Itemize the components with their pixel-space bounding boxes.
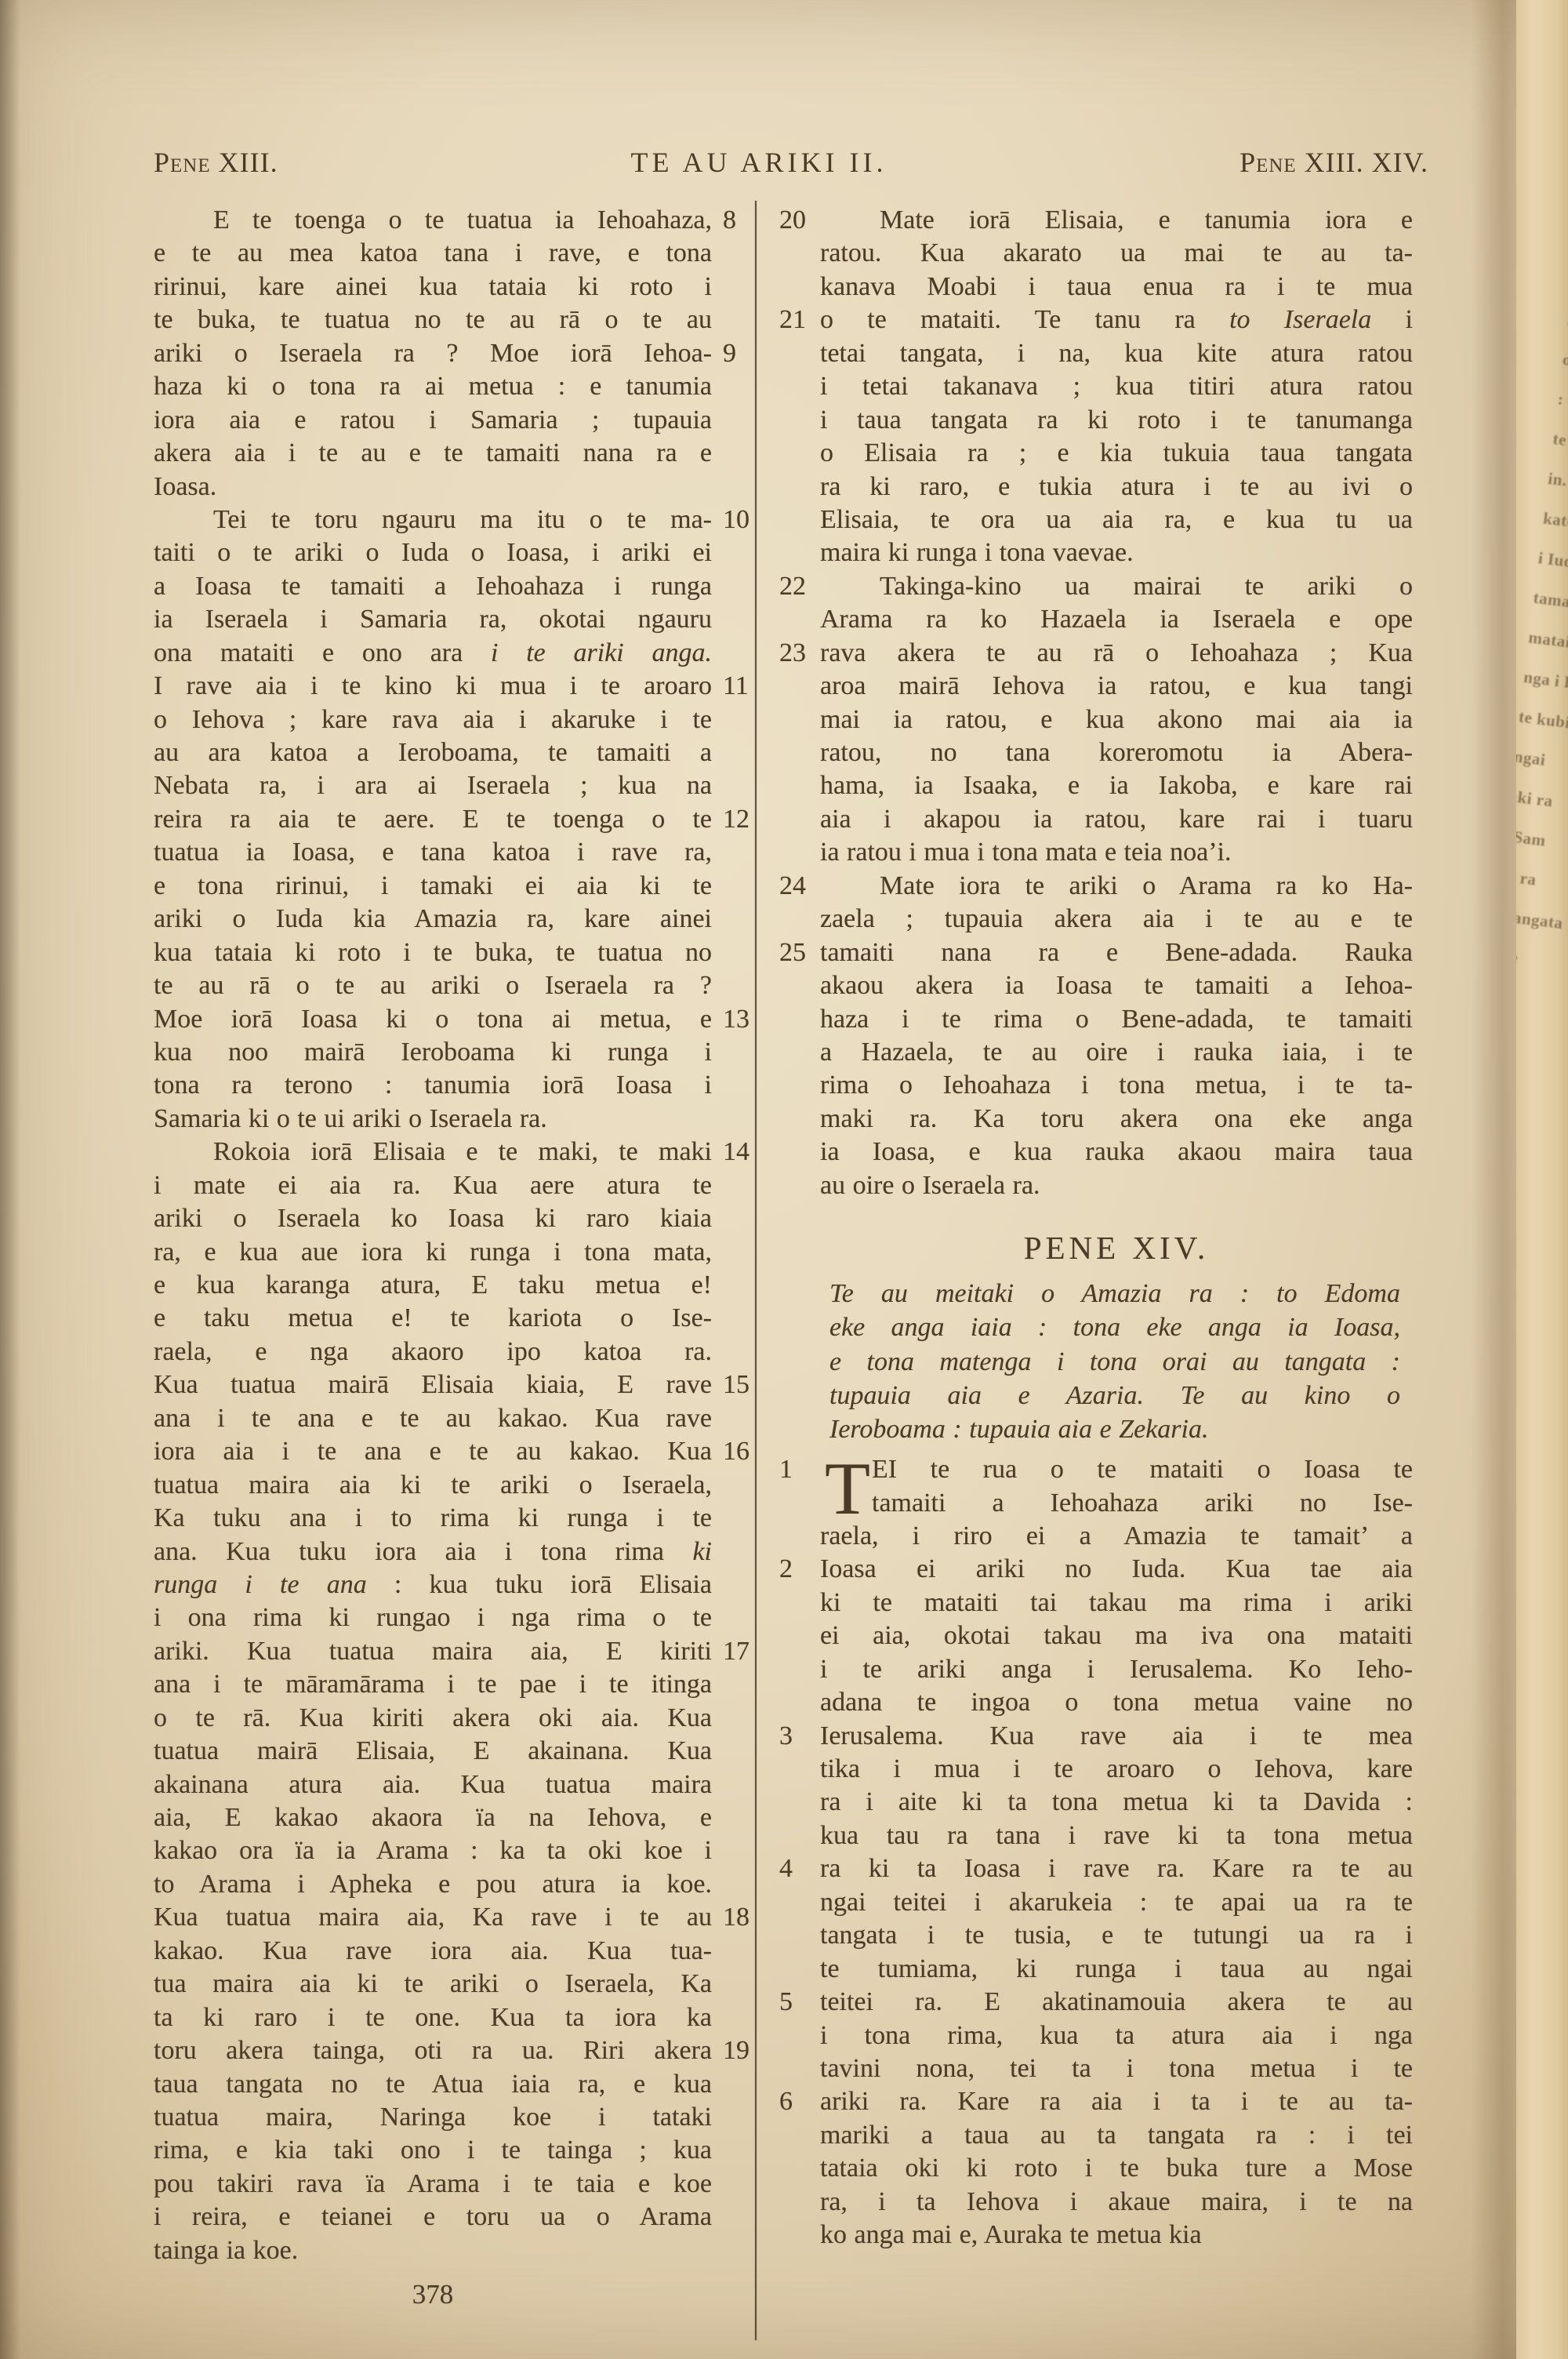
line-text: i tona rima, kua ta atura aia i nga bbox=[820, 2021, 1413, 2050]
text-line: toru akera tainga, oti ra ua. Riri akera… bbox=[154, 2036, 712, 2069]
line-text: haza ki o tona ra ai metua : e tanumia bbox=[154, 372, 712, 401]
line-text: ana. Kua tuku iora aia i tona rima ki bbox=[154, 1537, 712, 1566]
line-text: mai ia ratou, e kua akono mai aia ia bbox=[820, 705, 1413, 734]
summary-line: Ieroboama : tupauia aia e Zekaria. bbox=[829, 1415, 1400, 1448]
line-text: tuatua maira, Naringa koe i tataki bbox=[154, 2103, 712, 2132]
text-line: Ioasa ei ariki no Iuda. Kua tae aia2 bbox=[820, 1554, 1413, 1587]
verse-number: 3 bbox=[779, 1721, 811, 1751]
line-text: tua maira aia ki te ariki o Iseraela, Ka bbox=[154, 1969, 712, 1998]
verse-number: 17 bbox=[723, 1637, 759, 1667]
line-text: EI te rua o te mataiti o Ioasa te bbox=[872, 1455, 1413, 1484]
text-line: rima, e kia taki ono i te tainga ; kua bbox=[154, 2135, 712, 2168]
line-text: o te mataiti. Te tanu ra to Iseraela i bbox=[820, 305, 1413, 334]
text-line: iora aia i te ana e te au kakao. Kua16 bbox=[154, 1437, 712, 1470]
verse-number: 22 bbox=[779, 572, 811, 602]
line-text: mariki a taua au ta tangata ra : i tei bbox=[820, 2121, 1413, 2150]
line-text: tamaiti nana ra e Bene-adada. Rauka bbox=[820, 938, 1413, 967]
book-edge-next-page: i teIoasa.akenaau ariki; e teia i Betoki… bbox=[1516, 0, 1568, 2359]
text-line: Ierusalema. Kua rave aia i te mea3 bbox=[820, 1721, 1413, 1754]
line-text: ta ki raro i te one. Kua ta iora ka bbox=[154, 2003, 712, 2032]
text-line: Takinga-kino ua mairai te ariki o22 bbox=[820, 572, 1413, 605]
line-text: Rokoia iorā Elisaia e te maki, te maki bbox=[183, 1137, 712, 1166]
line-text: Ierusalema. Kua rave aia i te mea bbox=[820, 1721, 1413, 1750]
verse-number: 23 bbox=[779, 638, 811, 668]
text-line: ratou, no tana koreromotu ia Abera- bbox=[820, 738, 1413, 771]
text-line: ia ratou i mua i tona mata e teia noa’i. bbox=[820, 838, 1413, 871]
text-line: tamaiti nana ra e Bene-adada. Rauka25 bbox=[820, 938, 1413, 971]
verse-number: 9 bbox=[723, 339, 759, 369]
line-text: iora aia i te ana e te au kakao. Kua bbox=[154, 1437, 712, 1466]
text-line: te tumiama, ki runga i taua au ngai bbox=[820, 1954, 1413, 1987]
text-line: e tona ririnui, i tamaki ei aia ki te bbox=[154, 871, 712, 904]
verse-number: 5 bbox=[779, 1987, 811, 2017]
line-text: tuatua mairā Elisaia, E akainana. Kua bbox=[154, 1736, 712, 1765]
text-line: ona mataiti e ono ara i te ariki anga. bbox=[154, 638, 712, 671]
line-text: au ara katoa a Ieroboama, te tamaiti a bbox=[154, 738, 712, 767]
text-line: aroa mairā Iehova ia ratou, e kua tangi bbox=[820, 671, 1413, 704]
line-text: a Hazaela, te au oire i rauka iaia, i te bbox=[820, 1038, 1413, 1067]
line-text: ia Ioasa, e kua rauka akaou maira taua bbox=[820, 1137, 1413, 1166]
line-text: e te au mea katoa tana i rave, e tona bbox=[154, 238, 712, 267]
text-line: ariki. Kua tuatua maira aia, E kiriti17 bbox=[154, 1637, 712, 1670]
line-text: akera aia i te au e te tamaiti nana ra e bbox=[154, 438, 712, 467]
text-line: ngai teitei i akarukeia : te apai ua ra … bbox=[820, 1888, 1413, 1921]
text-line: o te rā. Kua kiriti akera oki aia. Kua bbox=[154, 1703, 712, 1736]
text-line: Ka tuku ana i to rima ki runga i te bbox=[154, 1503, 712, 1536]
text-line: tangata i te tusia, e te tutungi ua ra i bbox=[820, 1921, 1413, 1954]
text-line: ana. Kua tuku iora aia i tona rima ki bbox=[154, 1537, 712, 1570]
verse-number: 20 bbox=[779, 205, 811, 235]
line-text: maira ki runga i tona vaevae. bbox=[820, 538, 1134, 567]
line-text: i ona rima ki rungao i nga rima o te bbox=[154, 1603, 712, 1632]
text-line: akainana atura aia. Kua tuatua maira bbox=[154, 1770, 712, 1803]
line-text: kua tataia ki roto i te buka, te tuatua … bbox=[154, 938, 712, 967]
text-line: Mate iora te ariki o Arama ra ko Ha-24 bbox=[820, 871, 1413, 904]
line-text: ra, i ta Iehova i akaue maira, i te na bbox=[820, 2187, 1413, 2216]
line-text: Samaria ki o te ui ariki o Iseraela ra. bbox=[154, 1104, 547, 1133]
text-line: o Iehova ; kare rava aia i akaruke i te bbox=[154, 705, 712, 738]
text-line: e kua karanga atura, E taku metua e! bbox=[154, 1270, 712, 1303]
text-line: Moe iorā Ioasa ki o tona ai metua, e13 bbox=[154, 1005, 712, 1038]
line-text: kua noo mairā Ieroboama ki runga i bbox=[154, 1038, 712, 1067]
verse-number: 6 bbox=[779, 2087, 811, 2117]
line-text: ona mataiti e ono ara i te ariki anga. bbox=[154, 638, 712, 667]
running-header-right: Pene XIII. XIV. bbox=[1121, 146, 1428, 179]
verse-number: 16 bbox=[723, 1437, 759, 1467]
text-line: kanava Moabi i taua enua ra i te mua bbox=[820, 272, 1413, 305]
line-text: ra i aite ki ta tona metua ki ta Davida … bbox=[820, 1787, 1413, 1816]
text-line: Samaria ki o te ui ariki o Iseraela ra. bbox=[154, 1104, 712, 1137]
line-text: Arama ra ko Hazaela ia Iseraela e ope bbox=[820, 605, 1413, 634]
text-line: Mate iorā Elisaia, e tanumia iora e20 bbox=[820, 205, 1413, 238]
text-line: Rokoia iorā Elisaia e te maki, te maki14 bbox=[154, 1137, 712, 1170]
text-line: ki te mataiti tai takau ma rima i ariki bbox=[820, 1588, 1413, 1621]
text-line: ia Iseraela i Samaria ra, okotai ngauru bbox=[154, 605, 712, 638]
text-line: maira ki runga i tona vaevae. bbox=[820, 538, 1413, 571]
line-text: Nebata ra, i ara ai Iseraela ; kua na bbox=[154, 771, 712, 800]
line-text: e kua karanga atura, E taku metua e! bbox=[154, 1270, 712, 1299]
text-line: tuatua ia Ioasa, e tana katoa i rave ra, bbox=[154, 838, 712, 871]
line-text: E te toenga o te tuatua ia Iehoahaza, bbox=[183, 205, 712, 234]
text-line: te buka, te tuatua no te au rā o te au bbox=[154, 305, 712, 338]
text-line: ia Ioasa, e kua rauka akaou maira taua bbox=[820, 1137, 1413, 1170]
line-text: zaela ; tupauia akera aia i te au e te bbox=[820, 904, 1413, 933]
text-line: Kua tuatua mairā Elisaia kiaia, E rave15 bbox=[154, 1370, 712, 1403]
text-line: ariki ra. Kare ra aia i ta i te au ta-6 bbox=[820, 2087, 1413, 2120]
text-line: I rave aia i te kino ki mua i te aroaro1… bbox=[154, 671, 712, 704]
line-text: pou takiri rava ïa Arama i te taia e koe bbox=[154, 2169, 712, 2198]
line-text: rava akera te au rā o Iehoahaza ; Kua bbox=[820, 638, 1413, 667]
verse-number: 2 bbox=[779, 1554, 811, 1584]
verse-number: 13 bbox=[723, 1005, 759, 1034]
text-line: EI te rua o te mataiti o Ioasa te1T bbox=[820, 1455, 1413, 1488]
line-text: akainana atura aia. Kua tuatua maira bbox=[154, 1770, 712, 1799]
text-line: i tona rima, kua ta atura aia i nga bbox=[820, 2021, 1413, 2054]
line-text: runga i te ana : kua tuku iorā Elisaia bbox=[154, 1570, 712, 1599]
text-line: adana te ingoa o tona metua vaine no bbox=[820, 1688, 1413, 1721]
text-line: kakao ora ïa ia Arama : ka ta oki koe i bbox=[154, 1836, 712, 1869]
line-text: tupauia aia e Azaria. Te au kino o bbox=[829, 1381, 1400, 1410]
text-line: raela, i riro ei a Amazia te tamait’ a bbox=[820, 1521, 1413, 1554]
line-text: ariki o Iseraela ra ? Moe iorā Iehoa- bbox=[154, 339, 712, 368]
text-line: tika i mua i te aroaro o Iehova, kare bbox=[820, 1754, 1413, 1787]
text-line: Tei te toru ngauru ma itu o te ma-10 bbox=[154, 505, 712, 538]
line-text: i mate ei aia ra. Kua aere atura te bbox=[154, 1171, 712, 1200]
summary-line: tupauia aia e Azaria. Te au kino o bbox=[829, 1381, 1400, 1415]
text-line: i tetai takanava ; kua titiri atura rato… bbox=[820, 372, 1413, 405]
line-text: Te au meitaki o Amazia ra : to Edoma bbox=[829, 1279, 1400, 1308]
line-text: ariki o Iseraela ko Ioasa ki raro kiaia bbox=[154, 1204, 712, 1233]
text-line: tataia oki ki roto i te buka ture a Mose bbox=[820, 2154, 1413, 2186]
line-text: Takinga-kino ua mairai te ariki o bbox=[850, 572, 1413, 601]
line-text: te tumiama, ki runga i taua au ngai bbox=[820, 1954, 1413, 1983]
line-text: toru akera tainga, oti ra ua. Riri akera bbox=[154, 2036, 712, 2065]
text-line: iora aia e ratou i Samaria ; tupauia bbox=[154, 405, 712, 438]
text-line: aia, E kakao akaora ïa na Iehova, e bbox=[154, 1803, 712, 1836]
line-text: ariki o Iuda kia Amazia ra, kare ainei bbox=[154, 904, 712, 933]
line-text: ratou. Kua akarato ua mai te au ta- bbox=[820, 238, 1413, 267]
text-line: ana i te māramārama i te pae i te itinga bbox=[154, 1670, 712, 1703]
line-text: to Arama i Apheka e pou atura ia koe. bbox=[154, 1870, 712, 1899]
line-text: hama, ia Isaaka, e ia Iakoba, e kare rai bbox=[820, 771, 1413, 800]
text-line: tavini nona, tei ta i tona metua i te bbox=[820, 2054, 1413, 2087]
text-line: teitei ra. E akatinamouia akera te au5 bbox=[820, 1987, 1413, 2020]
text-line: E te toenga o te tuatua ia Iehoahaza,8 bbox=[154, 205, 712, 238]
text-line: Arama ra ko Hazaela ia Iseraela e ope bbox=[820, 605, 1413, 638]
text-line: Ioasa. bbox=[154, 472, 712, 505]
text-line: pou takiri rava ïa Arama i te taia e koe bbox=[154, 2169, 712, 2202]
text-line: tuatua maira aia ki te ariki o Iseraela, bbox=[154, 1470, 712, 1503]
text-line: mai ia ratou, e kua akono mai aia ia bbox=[820, 705, 1413, 738]
line-text: e tona ririnui, i tamaki ei aia ki te bbox=[154, 871, 712, 900]
text-line: zaela ; tupauia akera aia i te au e te bbox=[820, 904, 1413, 937]
text-line: au oire o Iseraela ra. bbox=[820, 1171, 1413, 1204]
line-text: ra ki raro, e tukia atura i te au ivi o bbox=[820, 472, 1413, 501]
text-line: tainga ia koe. bbox=[154, 2236, 712, 2269]
line-text: e taku metua e! te kariota o Ise- bbox=[154, 1303, 712, 1332]
line-text: tona ra terono : tanumia iorā Ioasa i bbox=[154, 1070, 712, 1100]
text-line: reira ra aia te aere. E te toenga o te12 bbox=[154, 805, 712, 838]
text-line: hama, ia Isaaka, e ia Iakoba, e kare rai bbox=[820, 771, 1413, 804]
scanned-book-page: Pene XIII. TE AU ARIKI II. Pene XIII. XI… bbox=[0, 0, 1568, 2359]
text-line: a Hazaela, te au oire i rauka iaia, i te bbox=[820, 1038, 1413, 1070]
line-text: raela, i riro ei a Amazia te tamait’ a bbox=[820, 1521, 1413, 1550]
line-text: ki te mataiti tai takau ma rima i ariki bbox=[820, 1588, 1413, 1617]
line-text: ra, e kua aue iora ki runga i tona mata, bbox=[154, 1238, 712, 1267]
line-text: o te rā. Kua kiriti akera oki aia. Kua bbox=[154, 1703, 712, 1732]
text-line: Kua tuatua maira aia, Ka rave i te au18 bbox=[154, 1903, 712, 1936]
text-line: ra, e kua aue iora ki runga i tona mata, bbox=[154, 1238, 712, 1270]
line-text: I rave aia i te kino ki mua i te aroaro bbox=[154, 671, 712, 700]
verse-block-ch13: Mate iorā Elisaia, e tanumia iora e20rat… bbox=[820, 205, 1413, 1204]
line-text: ariki. Kua tuatua maira aia, E kiriti bbox=[154, 1637, 712, 1666]
text-line: Elisaia, te ora ua aia ra, e kua tu ua bbox=[820, 505, 1413, 538]
line-text: aroa mairā Iehova ia ratou, e kua tangi bbox=[820, 671, 1413, 700]
text-line: e taku metua e! te kariota o Ise- bbox=[154, 1303, 712, 1336]
line-text: eke anga iaia : tona eke anga ia Ioasa, bbox=[829, 1313, 1400, 1342]
summary-line: eke anga iaia : tona eke anga ia Ioasa, bbox=[829, 1313, 1400, 1347]
line-text: ririnui, kare ainei kua tataia ki roto i bbox=[154, 272, 712, 301]
text-line: ariki o Iseraela ko Ioasa ki raro kiaia bbox=[154, 1204, 712, 1237]
line-text: Elisaia, te ora ua aia ra, e kua tu ua bbox=[820, 505, 1413, 534]
line-text: tamaiti a Iehoahaza ariki no Ise- bbox=[872, 1488, 1413, 1518]
line-text: kakao ora ïa ia Arama : ka ta oki koe i bbox=[154, 1836, 712, 1865]
line-text: ana i te māramārama i te pae i te itinga bbox=[154, 1670, 712, 1699]
text-line: tona ra terono : tanumia iorā Ioasa i bbox=[154, 1070, 712, 1103]
line-text: Mate iora te ariki o Arama ra ko Ha- bbox=[850, 871, 1413, 900]
verse-number: 12 bbox=[723, 805, 759, 834]
page-number: 378 bbox=[154, 2279, 712, 2310]
page-curl-shadow bbox=[1471, 0, 1516, 2359]
text-line: kua tataia ki roto i te buka, te tuatua … bbox=[154, 938, 712, 971]
line-text: ngai teitei i akarukeia : te apai ua ra … bbox=[820, 1888, 1413, 1917]
line-text: Ioasa. bbox=[154, 472, 216, 501]
line-text: Ieroboama : tupauia aia e Zekaria. bbox=[829, 1415, 1208, 1444]
verse-number: 1 bbox=[779, 1455, 811, 1485]
line-text: kakao. Kua rave iora aia. Kua tua- bbox=[154, 1936, 712, 1965]
line-text: haza i te rima o Bene-adada, te tamaiti bbox=[820, 1005, 1413, 1034]
line-text: Kua tuatua maira aia, Ka rave i te au bbox=[154, 1903, 712, 1932]
line-text: akaou akera ia Ioasa te tamaiti a Iehoa- bbox=[820, 971, 1413, 1000]
line-text: Ka tuku ana i to rima ki runga i te bbox=[154, 1503, 712, 1532]
text-line: kua noo mairā Ieroboama ki runga i bbox=[154, 1038, 712, 1070]
text-line: i mate ei aia ra. Kua aere atura te bbox=[154, 1171, 712, 1204]
line-text: Kua tuatua mairā Elisaia kiaia, E rave bbox=[154, 1370, 712, 1399]
verse-number: 8 bbox=[723, 205, 759, 235]
text-line: ei aia, okotai takau ma iva ona mataiti bbox=[820, 1621, 1413, 1654]
line-text: Tei te toru ngauru ma itu o te ma- bbox=[183, 505, 712, 534]
line-text: teitei ra. E akatinamouia akera te au bbox=[820, 1987, 1413, 2016]
text-line: taua tangata no te Atua iaia ra, e kua bbox=[154, 2070, 712, 2103]
text-line: ariki o Iseraela ra ? Moe iorā Iehoa-9 bbox=[154, 339, 712, 372]
verse-number: 21 bbox=[779, 305, 811, 335]
text-line: au ara katoa a Ieroboama, te tamaiti a bbox=[154, 738, 712, 771]
line-text: au oire o Iseraela ra. bbox=[820, 1171, 1040, 1200]
line-text: tika i mua i te aroaro o Iehova, kare bbox=[820, 1754, 1413, 1783]
text-line: ariki o Iuda kia Amazia ra, kare ainei bbox=[154, 904, 712, 937]
line-text: i taua tangata ra ki roto i te tanumanga bbox=[820, 405, 1413, 434]
line-text: aia, E kakao akaora ïa na Iehova, e bbox=[154, 1803, 712, 1832]
line-text: tainga ia koe. bbox=[154, 2236, 298, 2265]
text-line: i te ariki anga i Ierusalema. Ko Ieho- bbox=[820, 1655, 1413, 1688]
line-text: a Ioasa te tamaiti a Iehoahaza i runga bbox=[154, 572, 712, 601]
text-line: ana i te ana e te au kakao. Kua rave bbox=[154, 1404, 712, 1437]
line-text: ariki ra. Kare ra aia i ta i te au ta- bbox=[820, 2087, 1413, 2116]
text-line: rava akera te au rā o Iehoahaza ; Kua23 bbox=[820, 638, 1413, 671]
line-text: ia Iseraela i Samaria ra, okotai ngauru bbox=[154, 605, 712, 634]
line-text: maki ra. Ka toru akera ona eke anga bbox=[820, 1104, 1413, 1133]
line-text: rima o Iehoahaza i tona metua, i te ta- bbox=[820, 1070, 1413, 1100]
text-line: te au rā o te au ariki o Iseraela ra ? bbox=[154, 971, 712, 1004]
text-line: akera aia i te au e te tamaiti nana ra e bbox=[154, 438, 712, 471]
text-line: tuatua maira, Naringa koe i tataki bbox=[154, 2103, 712, 2135]
line-text: ana i te ana e te au kakao. Kua rave bbox=[154, 1404, 712, 1433]
verse-number: 25 bbox=[779, 938, 811, 968]
line-text: tavini nona, tei ta i tona metua i te bbox=[820, 2054, 1413, 2083]
text-line: haza ki o tona ra ai metua : e tanumia bbox=[154, 372, 712, 405]
line-text: te au rā o te au ariki o Iseraela ra ? bbox=[154, 971, 712, 1000]
text-line: a Ioasa te tamaiti a Iehoahaza i runga bbox=[154, 572, 712, 605]
summary-line: e tona matenga i tona orai au tangata : bbox=[829, 1347, 1400, 1381]
line-text: e tona matenga i tona orai au tangata : bbox=[829, 1347, 1400, 1376]
verse-number: 11 bbox=[723, 671, 759, 701]
line-text: tuatua maira aia ki te ariki o Iseraela, bbox=[154, 1470, 712, 1499]
text-line: akaou akera ia Ioasa te tamaiti a Iehoa- bbox=[820, 971, 1413, 1004]
text-line: ra, i ta Iehova i akaue maira, i te na bbox=[820, 2187, 1413, 2220]
verse-number: 14 bbox=[723, 1137, 759, 1167]
verse-number: 15 bbox=[723, 1370, 759, 1400]
text-line: e te au mea katoa tana i rave, e tona bbox=[154, 238, 712, 271]
text-line: o Elisaia ra ; e kia tukuia taua tangata bbox=[820, 438, 1413, 471]
verse-number: 24 bbox=[779, 871, 811, 901]
line-text: tetai tangata, i na, kua kite atura rato… bbox=[820, 339, 1413, 368]
line-text: taiti o te ariki o Iuda o Ioasa, i ariki… bbox=[154, 538, 712, 567]
text-line: i taua tangata ra ki roto i te tanumanga bbox=[820, 405, 1413, 438]
text-line: maki ra. Ka toru akera ona eke anga bbox=[820, 1104, 1413, 1137]
text-line: ko anga mai e, Auraka te metua kia bbox=[820, 2220, 1413, 2253]
verse-number: 19 bbox=[723, 2036, 759, 2066]
text-line: runga i te ana : kua tuku iorā Elisaia bbox=[154, 1570, 712, 1603]
bleed-through-text: i teIoasa.akenaau ariki; e teia i Betoki… bbox=[1516, 111, 1568, 1323]
text-line: tuatua mairā Elisaia, E akainana. Kua bbox=[154, 1736, 712, 1769]
text-line: kua tau ra tana i rave ki ta tona metua bbox=[820, 1821, 1413, 1854]
verse-number: 10 bbox=[723, 505, 759, 535]
text-line: taiti o te ariki o Iuda o Ioasa, i ariki… bbox=[154, 538, 712, 571]
text-line: rima o Iehoahaza i tona metua, i te ta- bbox=[820, 1070, 1413, 1103]
text-line: i ona rima ki rungao i nga rima o te bbox=[154, 1603, 712, 1636]
verse-block-ch14: EI te rua o te mataiti o Ioasa te1Ttamai… bbox=[820, 1455, 1413, 2254]
line-text: ra ki ta Ioasa i rave ra. Kare ra te au bbox=[820, 1854, 1413, 1883]
line-text: Mate iorā Elisaia, e tanumia iora e bbox=[850, 205, 1413, 234]
line-text: raela, e nga akaoro ipo katoa ra. bbox=[154, 1337, 712, 1366]
text-line: ra i aite ki ta tona metua ki ta Davida … bbox=[820, 1787, 1413, 1820]
line-text: ko anga mai e, Auraka te metua kia bbox=[820, 2220, 1202, 2249]
line-text: ratou, no tana koreromotu ia Abera- bbox=[820, 738, 1413, 767]
left-text-column: E te toenga o te tuatua ia Iehoahaza,8e … bbox=[154, 205, 712, 2269]
text-line: tua maira aia ki te ariki o Iseraela, Ka bbox=[154, 1969, 712, 2002]
line-text: kua tau ra tana i rave ki ta tona metua bbox=[820, 1821, 1413, 1850]
line-text: i te ariki anga i Ierusalema. Ko Ieho- bbox=[820, 1655, 1413, 1684]
line-text: rima, e kia taki ono i te tainga ; kua bbox=[154, 2135, 712, 2165]
line-text: te buka, te tuatua no te au rā o te au bbox=[154, 305, 712, 334]
verse-number: 4 bbox=[779, 1854, 811, 1884]
line-text: o Iehova ; kare rava aia i akaruke i te bbox=[154, 705, 712, 734]
text-line: aia i akapou ia ratou, kare rai i tuaru bbox=[820, 805, 1413, 838]
line-text: ei aia, okotai takau ma iva ona mataiti bbox=[820, 1621, 1413, 1650]
summary-line: Te au meitaki o Amazia ra : to Edoma bbox=[829, 1279, 1400, 1313]
line-text: tuatua ia Ioasa, e tana katoa i rave ra, bbox=[154, 838, 712, 867]
text-line: ratou. Kua akarato ua mai te au ta- bbox=[820, 238, 1413, 271]
line-text: reira ra aia te aere. E te toenga o te bbox=[154, 805, 712, 834]
text-line: ta ki raro i te one. Kua ta iora ka bbox=[154, 2003, 712, 2036]
verse-number: 18 bbox=[723, 1903, 759, 1932]
text-line: ra ki ta Ioasa i rave ra. Kare ra te au4 bbox=[820, 1854, 1413, 1887]
line-text: taua tangata no te Atua iaia ra, e kua bbox=[154, 2070, 712, 2099]
line-text: aia i akapou ia ratou, kare rai i tuaru bbox=[820, 805, 1413, 834]
line-text: o Elisaia ra ; e kia tukuia taua tangata bbox=[820, 438, 1413, 467]
text-line: raela, e nga akaoro ipo katoa ra. bbox=[154, 1337, 712, 1370]
text-line: o te mataiti. Te tanu ra to Iseraela i21 bbox=[820, 305, 1413, 338]
line-text: ia ratou i mua i tona mata e teia noa’i. bbox=[820, 838, 1231, 867]
text-line: to Arama i Apheka e pou atura ia koe. bbox=[154, 1870, 712, 1903]
text-line: ra ki raro, e tukia atura i te au ivi o bbox=[820, 472, 1413, 505]
chapter-summary: Te au meitaki o Amazia ra : to Edomaeke … bbox=[820, 1279, 1413, 1448]
right-text-column: Mate iorā Elisaia, e tanumia iora e20rat… bbox=[820, 205, 1413, 2254]
line-text: iora aia e ratou i Samaria ; tupauia bbox=[154, 405, 712, 434]
text-line: ririnui, kare ainei kua tataia ki roto i bbox=[154, 272, 712, 305]
text-line: haza i te rima o Bene-adada, te tamaiti bbox=[820, 1005, 1413, 1038]
line-text: kanava Moabi i taua enua ra i te mua bbox=[820, 272, 1413, 301]
text-line: tetai tangata, i na, kua kite atura rato… bbox=[820, 339, 1413, 372]
line-text: tataia oki ki roto i te buka ture a Mose bbox=[820, 2154, 1413, 2183]
text-line: Nebata ra, i ara ai Iseraela ; kua na bbox=[154, 771, 712, 804]
line-text: Moe iorā Ioasa ki o tona ai metua, e bbox=[154, 1005, 712, 1034]
line-text: tangata i te tusia, e te tutungi ua ra i bbox=[820, 1921, 1413, 1950]
text-line: tamaiti a Iehoahaza ariki no Ise- bbox=[820, 1488, 1413, 1521]
line-text: i reira, e teianei e toru ua o Arama bbox=[154, 2202, 712, 2231]
line-text: i tetai takanava ; kua titiri atura rato… bbox=[820, 372, 1413, 401]
chapter-heading: PENE XIV. bbox=[820, 1229, 1413, 1270]
text-line: kakao. Kua rave iora aia. Kua tua- bbox=[154, 1936, 712, 1969]
text-line: i reira, e teianei e toru ua o Arama bbox=[154, 2202, 712, 2235]
text-line: mariki a taua au ta tangata ra : i tei bbox=[820, 2121, 1413, 2154]
line-text: Ioasa ei ariki no Iuda. Kua tae aia bbox=[820, 1554, 1413, 1583]
line-text: adana te ingoa o tona metua vaine no bbox=[820, 1688, 1413, 1717]
